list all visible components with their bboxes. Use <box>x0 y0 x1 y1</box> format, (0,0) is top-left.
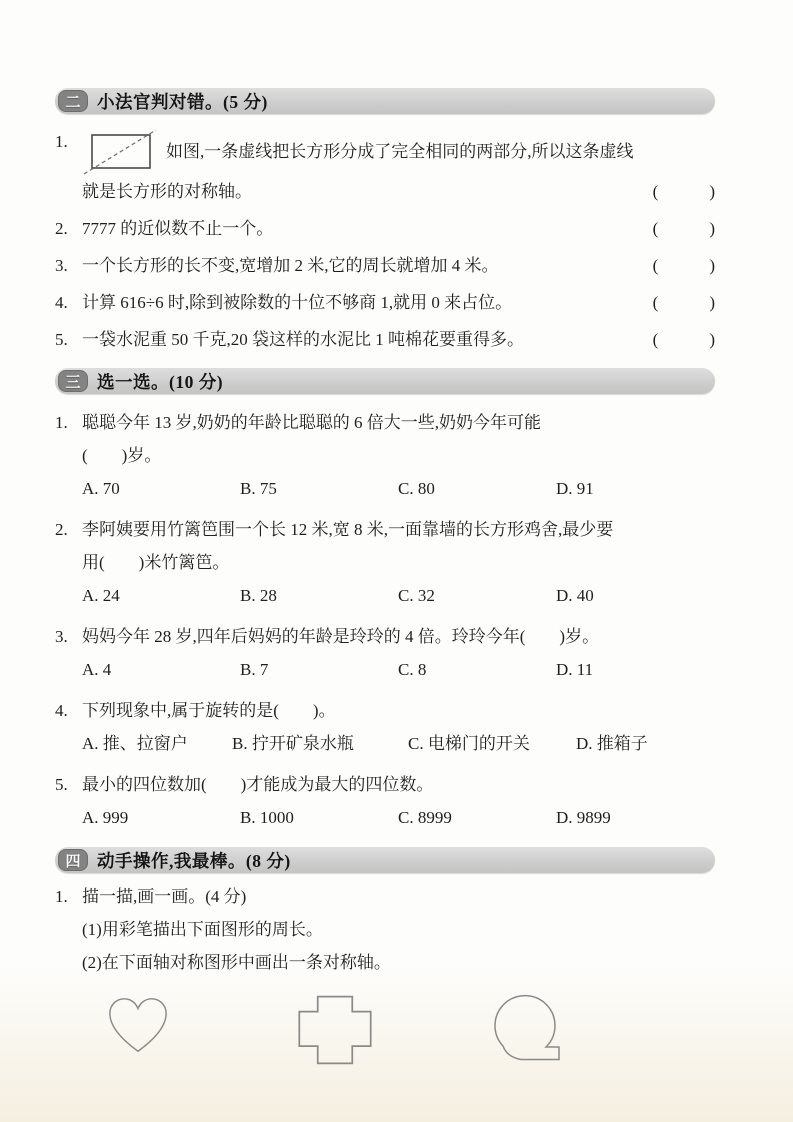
question-options: A. 推、拉窗户 B. 拧开矿泉水瓶 C. 电梯门的开关 D. 推箱子 <box>82 727 715 760</box>
option-label: A. 24 <box>82 579 240 612</box>
worksheet-page: 二 小法官判对错。(5 分) 1. 如图,一条虚线把长方形分成了完全相同的两部分… <box>0 0 793 1122</box>
answer-parens: ( ) <box>649 250 715 281</box>
option-label: D. 11 <box>556 653 593 686</box>
option-label: C. 8999 <box>398 801 556 834</box>
section-number-badge: 四 <box>58 849 88 871</box>
question-text: 妈妈今年 28 岁,四年后妈妈的年龄是玲玲的 4 倍。玲玲今年( )岁。 <box>82 620 715 653</box>
section-choice-header-bar: 三 选一选。(10 分) <box>55 368 715 394</box>
question-text: 李阿姨要用竹篱笆围一个长 12 米,宽 8 米,一面靠墙的长方形鸡舍,最少要 <box>82 513 715 546</box>
section-choice: 三 选一选。(10 分) 1. 聪聪今年 13 岁,奶奶的年龄比聪聪的 6 倍大… <box>55 368 715 834</box>
item-number: 2. <box>55 213 82 244</box>
item-number: 1. <box>55 406 82 505</box>
option-label: A. 4 <box>82 653 240 686</box>
question-text: 下列现象中,属于旋转的是( )。 <box>82 694 715 727</box>
item-number: 5. <box>55 324 82 355</box>
section-number-badge: 三 <box>58 370 88 392</box>
question-blank-line: ( )岁。 <box>82 439 715 472</box>
option-label: D. 推箱子 <box>576 727 648 760</box>
item-text: 就是长方形的对称轴。 <box>82 176 649 207</box>
option-label: D. 91 <box>556 472 594 505</box>
item-number: 1. <box>55 880 82 913</box>
hands-on-subtask-1: 1. 描一描,画一画。(4 分) <box>55 880 715 913</box>
judge-item-5: 5. 一袋水泥重 50 千克,20 袋这样的水泥比 1 吨棉花要重得多。 ( ) <box>55 324 715 355</box>
item-text: 一个长方形的长不变,宽增加 2 米,它的周长就增加 4 米。 <box>82 250 649 281</box>
question-options: A. 24 B. 28 C. 32 D. 40 <box>82 579 715 612</box>
item-number: 3. <box>55 250 82 281</box>
option-label: B. 7 <box>240 653 398 686</box>
choice-question-4: 4. 下列现象中,属于旋转的是( )。 A. 推、拉窗户 B. 拧开矿泉水瓶 C… <box>55 694 715 760</box>
rounded-notch-outline-shape <box>489 994 563 1064</box>
section-number-badge: 二 <box>58 90 88 112</box>
option-label: C. 32 <box>398 579 556 612</box>
question-blank-line: 用( )米竹篱笆。 <box>82 546 715 579</box>
shapes-row <box>55 994 715 1066</box>
option-label: A. 推、拉窗户 <box>82 727 232 760</box>
judge-item-4: 4. 计算 616÷6 时,除到被除数的十位不够商 1,就用 0 来占位。 ( … <box>55 287 715 318</box>
section-title: 小法官判对错。(5 分) <box>97 89 268 114</box>
judge-item-3: 3. 一个长方形的长不变,宽增加 2 米,它的周长就增加 4 米。 ( ) <box>55 250 715 281</box>
answer-parens: ( ) <box>649 287 715 318</box>
choice-question-5: 5. 最小的四位数加( )才能成为最大的四位数。 A. 999 B. 1000 … <box>55 768 715 834</box>
subtask-title: 描一描,画一画。(4 分) <box>82 880 715 913</box>
option-label: B. 28 <box>240 579 398 612</box>
option-label: C. 电梯门的开关 <box>408 727 576 760</box>
judge-item-1: 1. 如图,一条虚线把长方形分成了完全相同的两部分,所以这条虚线 就是长方形的对… <box>55 126 715 207</box>
item-text: 如图,一条虚线把长方形分成了完全相同的两部分,所以这条虚线 <box>166 136 715 167</box>
item-number: 4. <box>55 287 82 318</box>
item-text: 计算 616÷6 时,除到被除数的十位不够商 1,就用 0 来占位。 <box>82 287 649 318</box>
item-number: 5. <box>55 768 82 834</box>
answer-parens: ( ) <box>649 213 715 244</box>
option-label: B. 拧开矿泉水瓶 <box>232 727 408 760</box>
option-label: D. 9899 <box>556 801 611 834</box>
option-label: C. 8 <box>398 653 556 686</box>
item-text: 7777 的近似数不止一个。 <box>82 213 649 244</box>
subtask-step-1: (1)用彩笔描出下面图形的周长。 <box>55 913 715 946</box>
question-options: A. 70 B. 75 C. 80 D. 91 <box>82 472 715 505</box>
question-text: 聪聪今年 13 岁,奶奶的年龄比聪聪的 6 倍大一些,奶奶今年可能 <box>82 406 715 439</box>
judge-item-2: 2. 7777 的近似数不止一个。 ( ) <box>55 213 715 244</box>
item-number: 4. <box>55 694 82 760</box>
option-label: B. 1000 <box>240 801 398 834</box>
section-title: 选一选。(10 分) <box>97 369 223 394</box>
question-options: A. 4 B. 7 C. 8 D. 11 <box>82 653 715 686</box>
rectangle-diagonal-figure <box>82 128 158 176</box>
option-label: A. 999 <box>82 801 240 834</box>
item-number: 2. <box>55 513 82 612</box>
section-judge: 二 小法官判对错。(5 分) 1. 如图,一条虚线把长方形分成了完全相同的两部分… <box>55 88 715 355</box>
item-text: 一袋水泥重 50 千克,20 袋这样的水泥比 1 吨棉花要重得多。 <box>82 324 649 355</box>
answer-parens: ( ) <box>649 176 715 207</box>
section-judge-header-bar: 二 小法官判对错。(5 分) <box>55 88 715 114</box>
choice-question-3: 3. 妈妈今年 28 岁,四年后妈妈的年龄是玲玲的 4 倍。玲玲今年( )岁。 … <box>55 620 715 686</box>
section-title: 动手操作,我最棒。(8 分) <box>97 848 291 873</box>
option-label: A. 70 <box>82 472 240 505</box>
option-label: B. 75 <box>240 472 398 505</box>
heart-outline-shape <box>105 994 171 1058</box>
choice-question-2: 2. 李阿姨要用竹篱笆围一个长 12 米,宽 8 米,一面靠墙的长方形鸡舍,最少… <box>55 513 715 612</box>
question-text: 最小的四位数加( )才能成为最大的四位数。 <box>82 768 715 801</box>
section-hands-on-header-bar: 四 动手操作,我最棒。(8 分) <box>55 847 715 873</box>
section-hands-on: 四 动手操作,我最棒。(8 分) 1. 描一描,画一画。(4 分) (1)用彩笔… <box>55 847 715 1066</box>
cross-outline-shape <box>297 994 373 1066</box>
subtask-step-2: (2)在下面轴对称图形中画出一条对称轴。 <box>55 946 715 979</box>
item-number: 3. <box>55 620 82 686</box>
option-label: D. 40 <box>556 579 594 612</box>
choice-question-1: 1. 聪聪今年 13 岁,奶奶的年龄比聪聪的 6 倍大一些,奶奶今年可能 ( )… <box>55 406 715 505</box>
option-label: C. 80 <box>398 472 556 505</box>
question-options: A. 999 B. 1000 C. 8999 D. 9899 <box>82 801 715 834</box>
item-number: 1. <box>55 126 82 207</box>
answer-parens: ( ) <box>649 324 715 355</box>
